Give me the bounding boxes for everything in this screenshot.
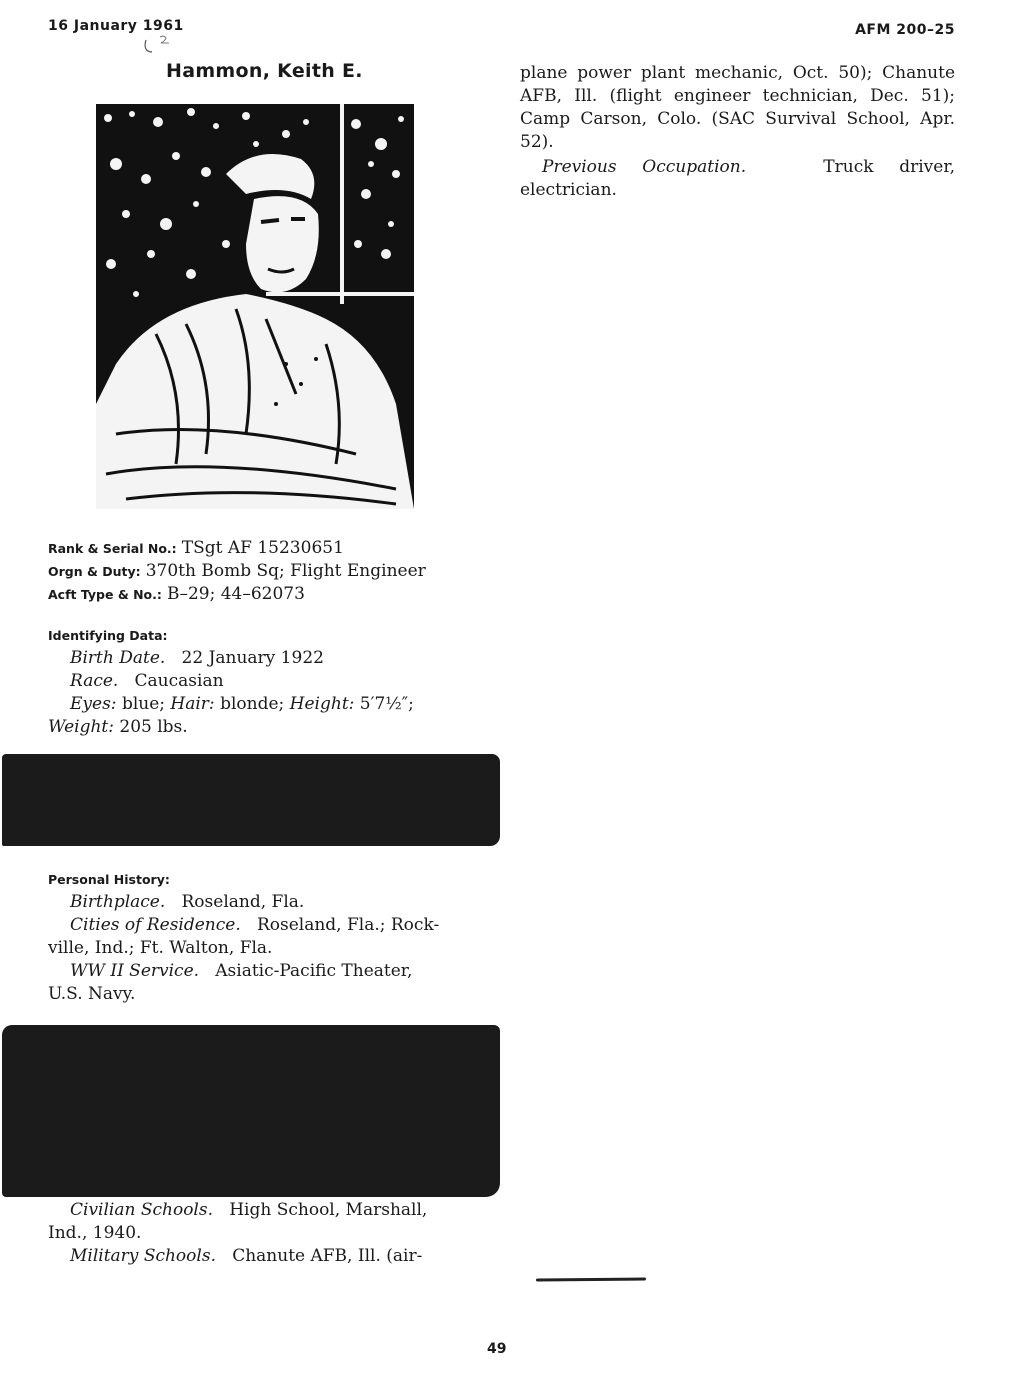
person-name: Hammon, Keith E.: [166, 60, 363, 82]
previous-occupation-label: Previous Occupation.: [542, 157, 746, 177]
civilian-schools-line: Civilian Schools. High School, Marshall,: [48, 1199, 498, 1222]
eyes-label: Eyes:: [70, 694, 117, 714]
identifying-data-heading: Identifying Data:: [48, 628, 498, 643]
orgn-duty-row: Orgn & Duty: 370th Bomb Sq; Flight Engin…: [48, 561, 498, 584]
height-value: 5′7½″;: [360, 694, 414, 714]
civilian-schools-value: High School, Marshall,: [229, 1200, 427, 1220]
race-value: Caucasian: [135, 671, 224, 691]
aircraft-value: B–29; 44–62073: [167, 584, 305, 604]
handwritten-mark-icon: [142, 34, 176, 60]
redaction-bar: [2, 754, 500, 846]
redaction-bar: [2, 1025, 500, 1197]
birthplace-label: Birthplace.: [70, 892, 165, 912]
aircraft-row: Acft Type & No.: B–29; 44–62073: [48, 584, 498, 607]
orgn-duty-value: 370th Bomb Sq; Flight Engineer: [146, 561, 426, 581]
residence-value: Roseland, Fla.; Rock-: [257, 915, 439, 935]
residence-label: Cities of Residence.: [70, 915, 241, 935]
race-line: Race. Caucasian: [48, 670, 498, 693]
previous-occupation: Previous Occupation. Truck driver, elect…: [520, 156, 955, 202]
page-number: 49: [487, 1341, 506, 1357]
weight-line: Weight: 205 lbs.: [48, 716, 498, 739]
ww2-line-cont: U.S. Navy.: [48, 983, 498, 1006]
rank-serial-value: TSgt AF 15230651: [182, 538, 344, 558]
weight-value: 205 lbs.: [119, 717, 187, 737]
personal-history: Personal History: Birthplace. Roseland, …: [48, 872, 498, 1006]
weight-label: Weight:: [48, 717, 114, 737]
hair-label: Hair:: [170, 694, 214, 714]
birth-date-line: Birth Date. 22 January 1922: [48, 647, 498, 670]
stray-mark: [536, 1278, 646, 1282]
civilian-schools-cont: Ind., 1940.: [48, 1222, 498, 1245]
birthplace-value: Roseland, Fla.: [182, 892, 305, 912]
right-column: plane power plant mechanic, Oct. 50); Ch…: [520, 62, 955, 202]
military-schools-value: Chanute AFB, Ill. (air-: [232, 1246, 422, 1266]
height-label: Height:: [290, 694, 355, 714]
orgn-duty-label: Orgn & Duty:: [48, 564, 141, 579]
birthplace-line: Birthplace. Roseland, Fla.: [48, 891, 498, 914]
hair-value: blonde;: [220, 694, 284, 714]
ww2-label: WW II Service.: [70, 961, 199, 981]
residence-line-cont: ville, Ind.; Ft. Walton, Fla.: [48, 937, 498, 960]
birth-date-value: 22 January 1922: [182, 648, 324, 668]
service-info: Rank & Serial No.: TSgt AF 15230651 Orgn…: [48, 538, 498, 607]
race-label: Race.: [70, 671, 118, 691]
aircraft-label: Acft Type & No.:: [48, 587, 162, 602]
ww2-line: WW II Service. Asiatic-Pacific Theater,: [48, 960, 498, 983]
identifying-data: Identifying Data: Birth Date. 22 January…: [48, 628, 498, 739]
document-id: AFM 200–25: [855, 22, 955, 38]
personal-history-heading: Personal History:: [48, 872, 498, 887]
birth-date-label: Birth Date.: [70, 648, 165, 668]
military-schools-continued: plane power plant mechanic, Oct. 50); Ch…: [520, 62, 955, 154]
ww2-value: Asiatic-Pacific Theater,: [215, 961, 412, 981]
physical-line: Eyes: blue; Hair: blonde; Height: 5′7½″;: [48, 693, 498, 716]
residence-line: Cities of Residence. Roseland, Fla.; Roc…: [48, 914, 498, 937]
eyes-value: blue;: [122, 694, 165, 714]
civilian-schools-label: Civilian Schools.: [70, 1200, 213, 1220]
military-schools-label: Military Schools.: [70, 1246, 216, 1266]
portrait-photo: [96, 104, 414, 509]
rank-serial-row: Rank & Serial No.: TSgt AF 15230651: [48, 538, 498, 561]
document-date: 16 January 1961: [48, 18, 184, 34]
military-schools-line: Military Schools. Chanute AFB, Ill. (air…: [48, 1245, 498, 1268]
schools: Civilian Schools. High School, Marshall,…: [48, 1199, 498, 1268]
rank-serial-label: Rank & Serial No.:: [48, 541, 177, 556]
